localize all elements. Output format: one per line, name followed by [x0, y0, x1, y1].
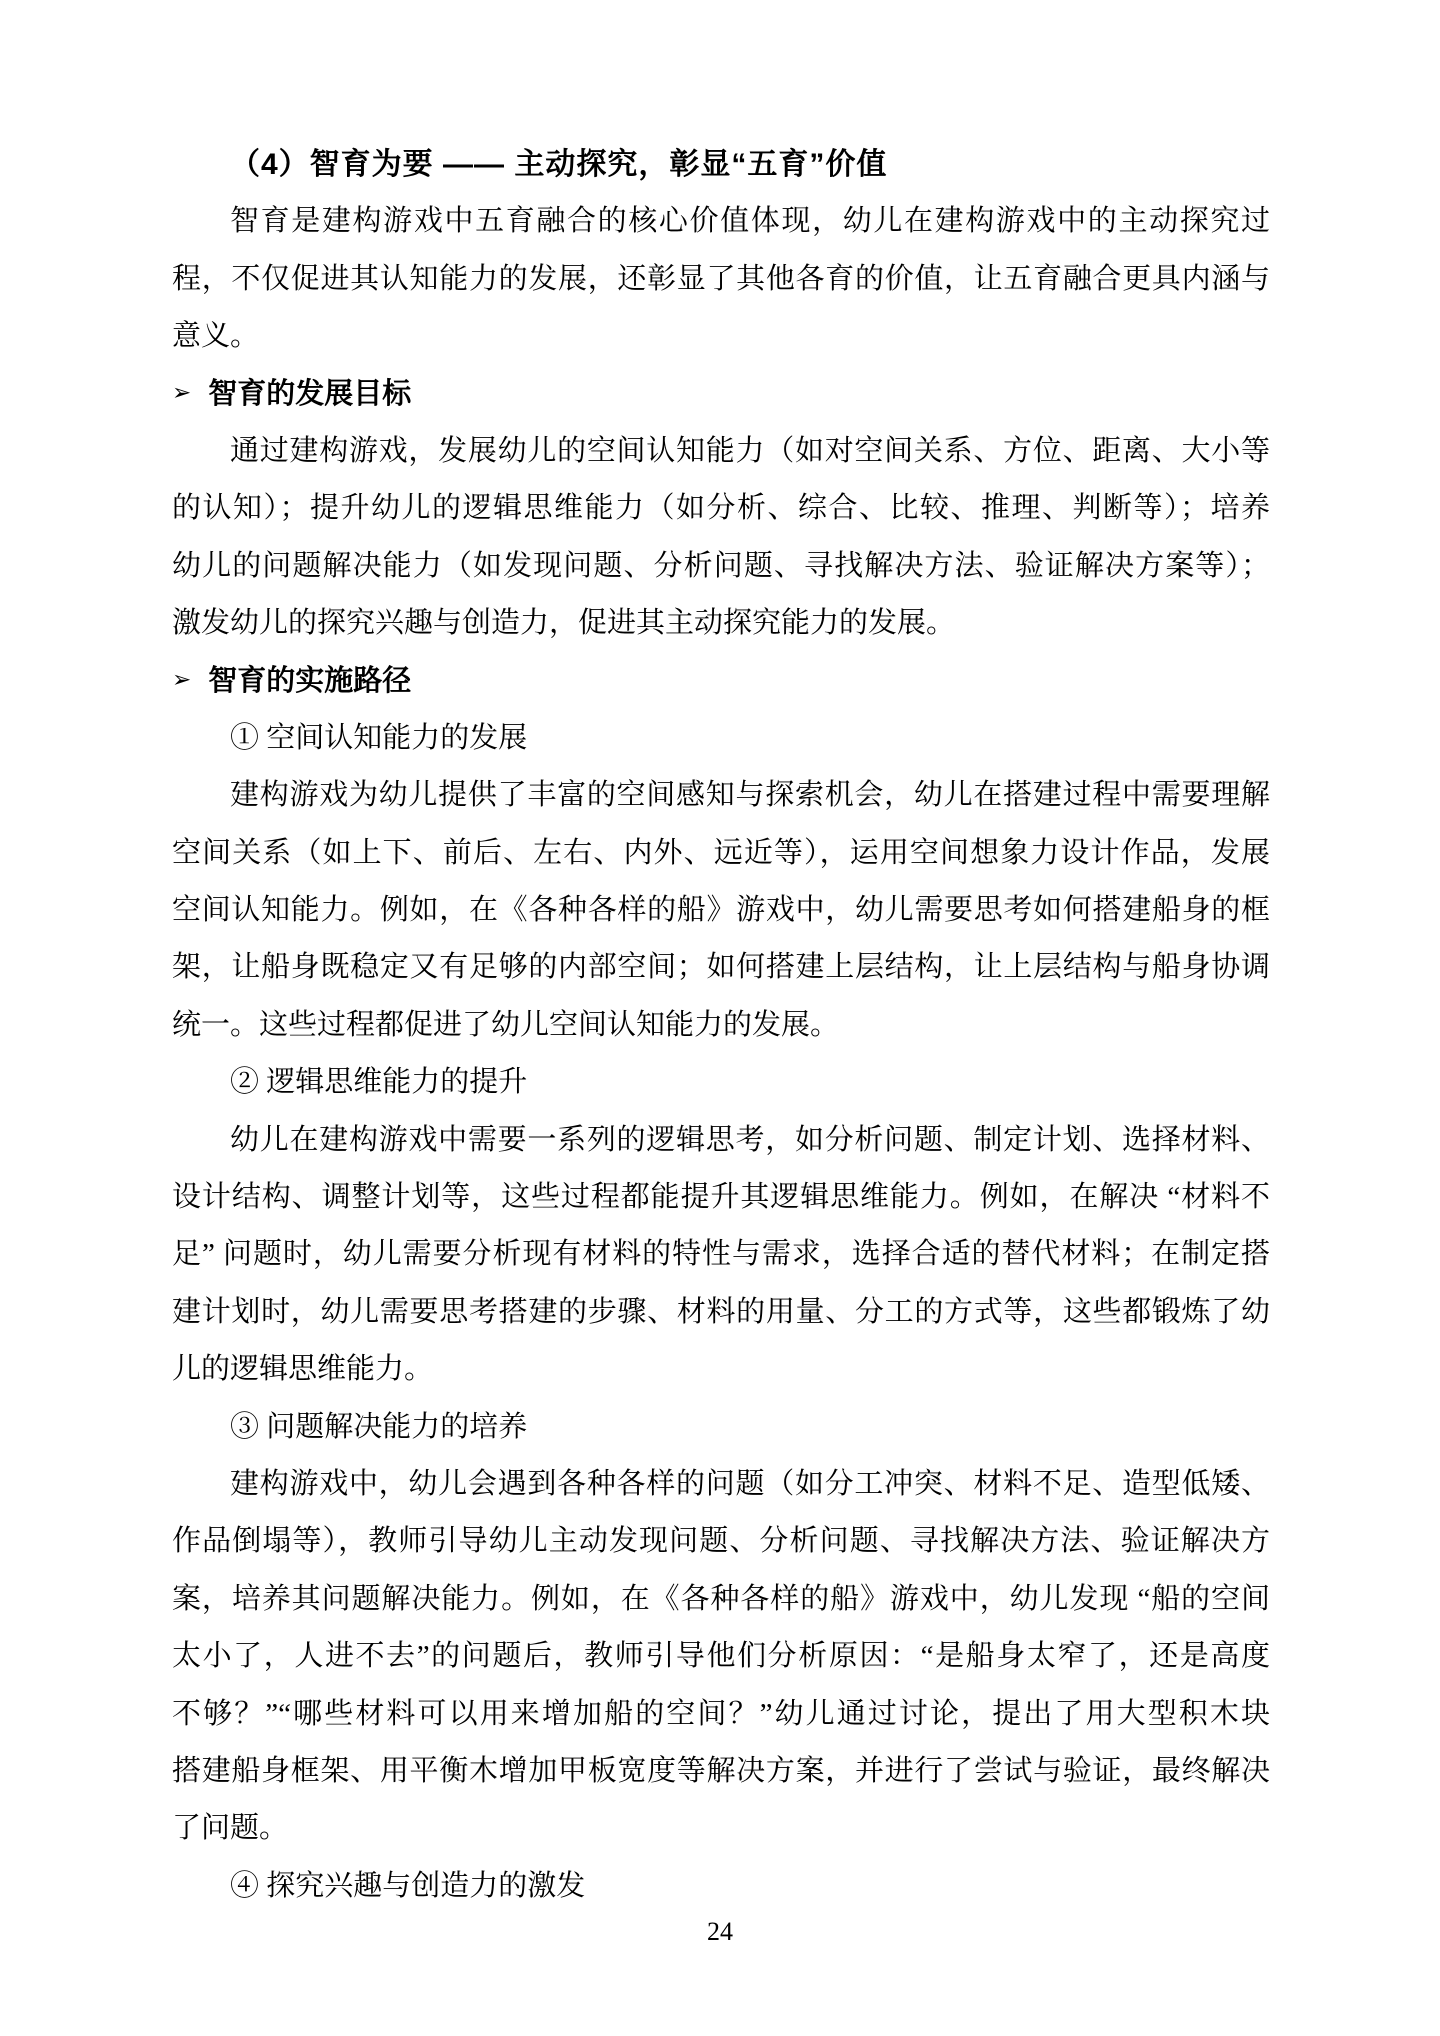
- bullet-heading: ➢智育的实施路径: [172, 653, 1270, 710]
- paragraph-line: 不够？”“哪些材料可以用来增加船的空间？”幼儿通过讨论，提出了用大型积木块: [172, 1686, 1270, 1743]
- paragraph-line: 空间认知能力。例如，在《各种各样的船》游戏中，幼儿需要思考如何搭建船身的框: [172, 882, 1270, 939]
- paragraph-line: 作品倒塌等），教师引导幼儿主动发现问题、分析问题、寻找解决方法、验证解决方: [172, 1513, 1270, 1570]
- paragraph-line: 通过建构游戏，发展幼儿的空间认知能力（如对空间关系、方位、距离、大小等: [172, 423, 1270, 480]
- paragraph-line: 建构游戏中，幼儿会遇到各种各样的问题（如分工冲突、材料不足、造型低矮、: [172, 1456, 1270, 1513]
- paragraph-line: 的认知）；提升幼儿的逻辑思维能力（如分析、综合、比较、推理、判断等）；培养: [172, 480, 1270, 537]
- paragraph-line: 统一。这些过程都促进了幼儿空间认知能力的发展。: [172, 997, 1270, 1054]
- paragraph-line: 儿的逻辑思维能力。: [172, 1341, 1270, 1398]
- paragraph-line: 空间关系（如上下、前后、左右、内外、远近等），运用空间想象力设计作品，发展: [172, 825, 1270, 882]
- paragraph-line: 案，培养其问题解决能力。例如，在《各种各样的船》游戏中，幼儿发现 “船的空间: [172, 1571, 1270, 1628]
- paragraph-line: 建构游戏为幼儿提供了丰富的空间感知与探索机会，幼儿在搭建过程中需要理解: [172, 767, 1270, 824]
- document-body: （4）智育为要 —— 主动探究，彰显“五育”价值智育是建构游戏中五育融合的核心价…: [172, 136, 1270, 1915]
- section-heading: （4）智育为要 —— 主动探究，彰显“五育”价值: [172, 136, 1270, 193]
- paragraph-line: 了问题。: [172, 1800, 1270, 1857]
- arrow-bullet-icon: ➢: [172, 365, 191, 422]
- numbered-subheading: ② 逻辑思维能力的提升: [172, 1054, 1270, 1111]
- paragraph-line: 幼儿的问题解决能力（如发现问题、分析问题、寻找解决方法、验证解决方案等）；: [172, 538, 1270, 595]
- paragraph-line: 激发幼儿的探究兴趣与创造力，促进其主动探究能力的发展。: [172, 595, 1270, 652]
- numbered-subheading: ① 空间认知能力的发展: [172, 710, 1270, 767]
- paragraph-line: 程，不仅促进其认知能力的发展，还彰显了其他各育的价值，让五育融合更具内涵与: [172, 251, 1270, 308]
- paragraph-line: 架，让船身既稳定又有足够的内部空间；如何搭建上层结构，让上层结构与船身协调: [172, 939, 1270, 996]
- paragraph-line: 设计结构、调整计划等，这些过程都能提升其逻辑思维能力。例如，在解决 “材料不: [172, 1169, 1270, 1226]
- page-number: 24: [0, 1917, 1440, 1947]
- paragraph-line: 建计划时，幼儿需要思考搭建的步骤、材料的用量、分工的方式等，这些都锻炼了幼: [172, 1284, 1270, 1341]
- paragraph-line: 智育是建构游戏中五育融合的核心价值体现，幼儿在建构游戏中的主动探究过: [172, 193, 1270, 250]
- document-page: （4）智育为要 —— 主动探究，彰显“五育”价值智育是建构游戏中五育融合的核心价…: [0, 0, 1440, 2036]
- bullet-heading-label: 智育的实施路径: [208, 653, 411, 710]
- paragraph-line: 太小了，人进不去”的问题后，教师引导他们分析原因：“是船身太窄了，还是高度: [172, 1628, 1270, 1685]
- bullet-heading-label: 智育的发展目标: [208, 366, 411, 423]
- paragraph-line: 搭建船身框架、用平衡木增加甲板宽度等解决方案，并进行了尝试与验证，最终解决: [172, 1743, 1270, 1800]
- paragraph-line: 足” 问题时，幼儿需要分析现有材料的特性与需求，选择合适的替代材料；在制定搭: [172, 1226, 1270, 1283]
- paragraph-line: 幼儿在建构游戏中需要一系列的逻辑思考，如分析问题、制定计划、选择材料、: [172, 1112, 1270, 1169]
- arrow-bullet-icon: ➢: [172, 652, 191, 709]
- numbered-subheading: ③ 问题解决能力的培养: [172, 1399, 1270, 1456]
- bullet-heading: ➢智育的发展目标: [172, 366, 1270, 423]
- paragraph-line: 意义。: [172, 308, 1270, 365]
- numbered-subheading: ④ 探究兴趣与创造力的激发: [172, 1858, 1270, 1915]
